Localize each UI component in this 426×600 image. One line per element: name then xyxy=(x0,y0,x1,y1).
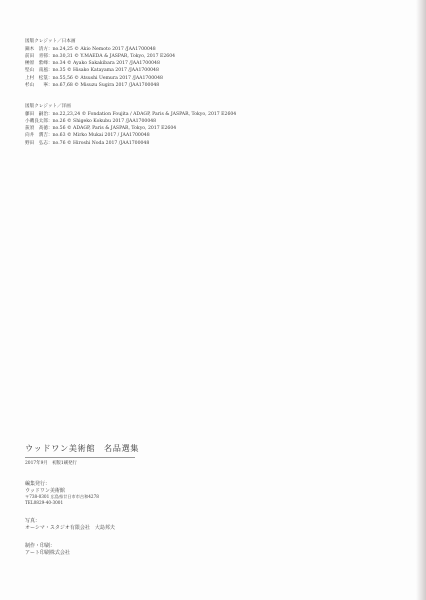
artist-name: 向井 潤吉 xyxy=(25,132,48,139)
publisher-tel: TEL0829-40-3001 xyxy=(25,500,99,506)
artist-name: 堅山 南風 xyxy=(25,67,48,74)
credit-text: ：no.22,23,24 © Fondation Foujita / ADAGP… xyxy=(48,111,236,118)
artist-name: 野田 弘志 xyxy=(25,140,48,147)
credit-row: 小磯良太郎：no.26 © Shigeko Kokubu 2017 /JAA17… xyxy=(25,118,236,125)
credit-text: ：no.30,31 © Y.MAEDA & JASPAR, Tokyo, 201… xyxy=(48,53,175,60)
printing-block: 制作・印刷： アート印刷株式会社 xyxy=(25,543,70,556)
publisher-block: 編集発行： ウッドワン美術館 〒738-0301 広島県廿日市市吉和4278 T… xyxy=(25,481,99,506)
artist-name: 鏑木 清方 xyxy=(25,46,48,53)
publisher-label: 編集発行： xyxy=(25,481,99,487)
artist-name: 杉山 寧 xyxy=(25,82,48,89)
credit-row: 上村 松篁：no.55,56 © Atsushi Uemura 2017 /JA… xyxy=(25,75,175,82)
credit-text: ：no.56 © ADAGP, Paris & JASPAR, Tokyo, 2… xyxy=(48,125,176,132)
credit-row: 藤田 嗣治：no.22,23,24 © Fondation Foujita / … xyxy=(25,111,236,118)
credit-row: 鏑木 清方：no.24,25 © Akio Nemoto 2017 /JAA17… xyxy=(25,46,175,53)
book-title: ウッドワン美術館 名品選集 xyxy=(25,443,135,458)
credits-japanese-heading: 図版クレジット／日本画 xyxy=(25,38,175,45)
print-label: 制作・印刷： xyxy=(25,543,70,549)
artist-name: 小磯良太郎 xyxy=(25,118,48,125)
credit-row: 向井 潤吉：no.63 © Mirko Mukai 2017 / JAA1700… xyxy=(25,132,236,139)
credit-text: ：no.34 © Ayako Sakakibara 2017 /JAA17000… xyxy=(48,60,160,67)
credit-row: 荻須 高徳：no.56 © ADAGP, Paris & JASPAR, Tok… xyxy=(25,125,236,132)
credit-text: ：no.67,68 © Misuzu Sugira 2017 /JAA17000… xyxy=(48,82,159,89)
credit-row: 前田 青邨：no.30,31 © Y.MAEDA & JASPAR, Tokyo… xyxy=(25,53,175,60)
credit-row: 野田 弘志：no.76 © Hiroshi Noda 2017 /JAA1700… xyxy=(25,140,236,147)
artist-name: 榊原 紫峰 xyxy=(25,60,48,67)
credit-row: 榊原 紫峰：no.34 © Ayako Sakakibara 2017 /JAA… xyxy=(25,60,175,67)
print-value: アート印刷株式会社 xyxy=(25,550,70,556)
credits-japanese-section: 図版クレジット／日本画 鏑木 清方：no.24,25 © Akio Nemoto… xyxy=(25,38,175,89)
credits-western-section: 図版クレジット／洋画 藤田 嗣治：no.22,23,24 © Fondation… xyxy=(25,103,236,147)
artist-name: 前田 青邨 xyxy=(25,53,48,60)
credit-text: ：no.26 © Shigeko Kokubu 2017 /JAA1700048 xyxy=(48,118,156,125)
credit-text: ：no.24,25 © Akio Nemoto 2017 /JAA1700048 xyxy=(48,46,156,53)
credit-row: 堅山 南風：no.35 © Hisako Katayama 2017 /JAA1… xyxy=(25,67,175,74)
artist-name: 荻須 高徳 xyxy=(25,125,48,132)
credit-text: ：no.76 © Hiroshi Noda 2017 /JAA1700048 xyxy=(48,140,149,147)
edition-info: 2017年9月 初版1刷発行 xyxy=(25,460,77,466)
credits-western-heading: 図版クレジット／洋画 xyxy=(25,103,236,110)
credit-text: ：no.35 © Hisako Katayama 2017 /JAA170004… xyxy=(48,67,159,74)
credit-text: ：no.63 © Mirko Mukai 2017 / JAA1700048 xyxy=(48,132,150,139)
artist-name: 上村 松篁 xyxy=(25,75,48,82)
page-edge-shadow xyxy=(416,0,426,600)
credit-row: 杉山 寧：no.67,68 © Misuzu Sugira 2017 /JAA1… xyxy=(25,82,175,89)
credit-text: ：no.55,56 © Atsushi Uemura 2017 /JAA1700… xyxy=(48,75,163,82)
photo-label: 写真： xyxy=(25,518,115,524)
photo-value: オーシマ・スタジオ有限会社 大島邦夫 xyxy=(25,525,115,531)
artist-name: 藤田 嗣治 xyxy=(25,111,48,118)
photo-credit-block: 写真： オーシマ・スタジオ有限会社 大島邦夫 xyxy=(25,518,115,531)
